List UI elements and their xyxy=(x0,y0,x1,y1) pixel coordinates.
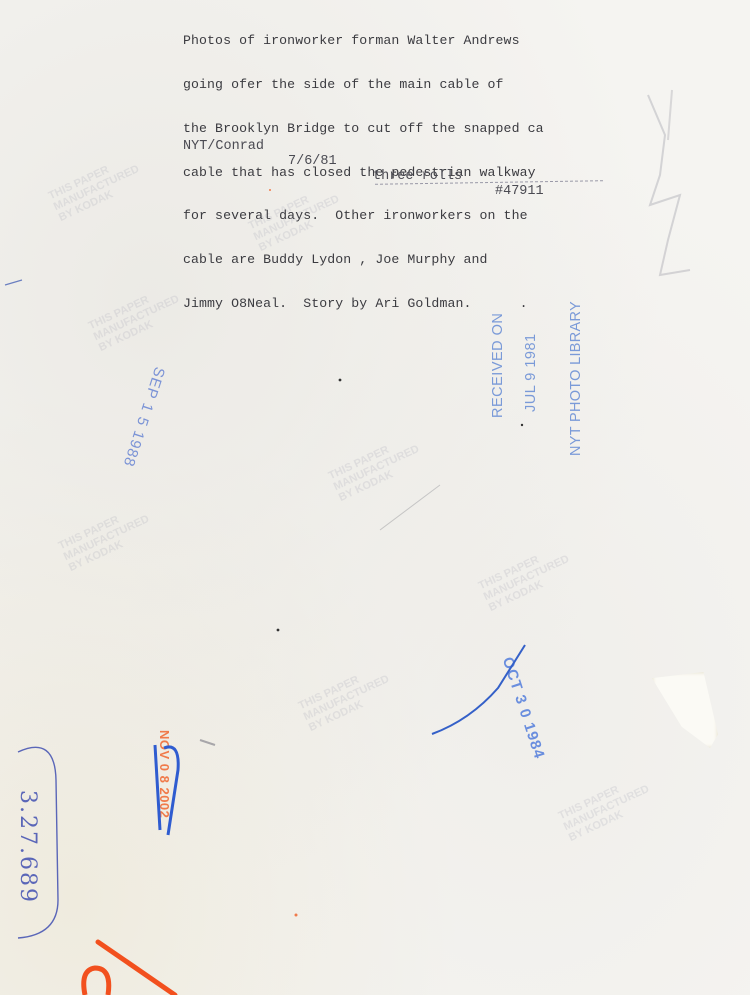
caption-line: the Brooklyn Bridge to cut off the snapp… xyxy=(183,122,544,137)
caption-line: for several days. Other ironworkers on t… xyxy=(183,209,544,224)
watermark-text: THIS PAPER MANUFACTURED BY KODAK xyxy=(87,282,186,354)
watermark-text: THIS PAPER MANUFACTURED BY KODAK xyxy=(47,152,146,224)
photo-back-page: THIS PAPER MANUFACTURED BY KODAK THIS PA… xyxy=(0,0,750,995)
watermark-text: THIS PAPER MANUFACTURED BY KODAK xyxy=(557,772,656,844)
photo-date: 7/6/81 xyxy=(288,154,337,169)
paper-tear-patch xyxy=(652,672,718,748)
caption-line: Photos of ironworker forman Walter Andre… xyxy=(183,34,544,49)
library-stamp: NYT PHOTO LIBRARY xyxy=(568,301,584,456)
caption-line: cable are Buddy Lydon , Joe Murphy and xyxy=(183,253,544,268)
watermark-text: THIS PAPER MANUFACTURED BY KODAK xyxy=(297,662,396,734)
received-on-stamp: RECEIVED ON xyxy=(490,313,506,418)
watermark-text: THIS PAPER MANUFACTURED BY KODAK xyxy=(477,542,576,614)
watermark-text: THIS PAPER MANUFACTURED BY KODAK xyxy=(327,432,426,504)
photographer-credit: NYT/Conrad xyxy=(183,139,264,154)
caption-line: Jimmy O8Neal. Story by Ari Goldman. . xyxy=(183,297,544,312)
nov-2002-stamp: NOV 0 8 2002 xyxy=(157,730,172,818)
oct-1984-stamp: OCT 3 0 1984 xyxy=(499,655,548,761)
watermark-text: THIS PAPER MANUFACTURED BY KODAK xyxy=(57,502,156,574)
caption-line: cable that has closed the pedestrian wal… xyxy=(183,166,544,181)
photo-credit-line: NYT/Conrad 7/6/81 three rolls #47911 xyxy=(183,124,215,214)
typed-caption: Photos of ironworker forman Walter Andre… xyxy=(183,5,544,341)
handwritten-number: 3.27.689 xyxy=(15,790,40,904)
photo-number: #47911 xyxy=(495,184,544,199)
caption-line: going ofer the side of the main cable of xyxy=(183,78,544,93)
sep-1988-stamp: SEP 1 5 1988 xyxy=(120,365,168,469)
received-date-stamp: JUL 9 1981 xyxy=(523,333,539,412)
